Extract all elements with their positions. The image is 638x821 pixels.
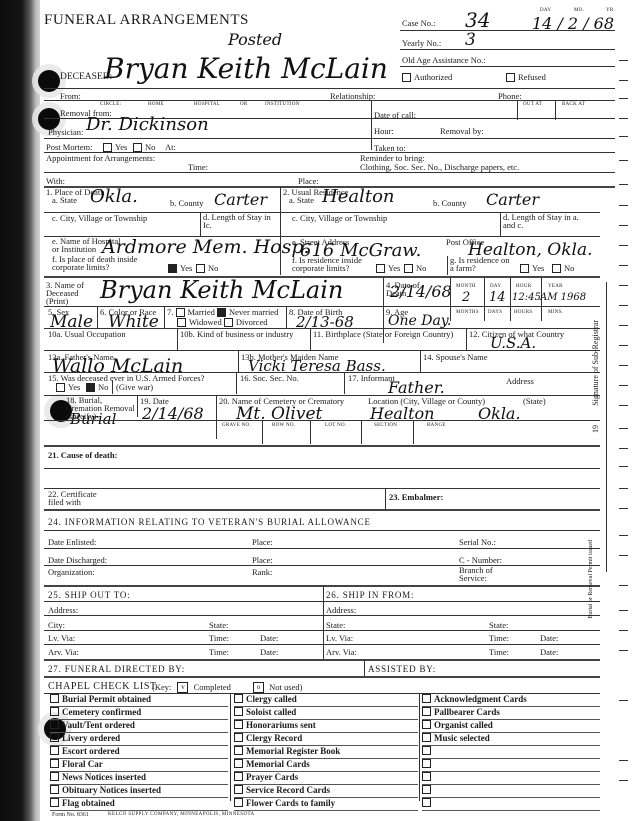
not-used-label: Not used) xyxy=(269,682,302,692)
checklist-title: CHAPEL CHECK LIST xyxy=(48,681,157,692)
checkbox-icon xyxy=(234,733,243,742)
death-city-label: c. City, Village or Township xyxy=(52,213,147,223)
case-no-label: Case No.: xyxy=(402,18,436,28)
yearly-no-value[interactable]: 3 xyxy=(465,30,476,50)
time-label: Time: xyxy=(188,162,208,172)
address-label: Address xyxy=(506,376,534,386)
checklist-item[interactable]: Clergy Record xyxy=(234,733,418,746)
checkbox-icon xyxy=(50,772,59,781)
death-county-label: b. County xyxy=(170,198,204,208)
checkbox-icon xyxy=(50,720,59,729)
funeral-directed-label: 27. FUNERAL DIRECTED BY: xyxy=(48,664,185,674)
residence-county-label: b. County xyxy=(433,198,467,208)
never-married-checkbox[interactable]: Never married xyxy=(217,307,278,317)
day-col: DAY xyxy=(490,284,501,289)
completed-key-icon: v xyxy=(177,682,188,693)
no-label: No xyxy=(208,263,218,273)
checkbox-icon xyxy=(422,694,431,703)
death-county-value[interactable]: Carter xyxy=(214,190,267,209)
checkbox-icon xyxy=(422,759,431,768)
ship-out-arv-label: Arv. Via: xyxy=(48,647,79,657)
checklist-col1: Burial Permit obtained Cemetery confirme… xyxy=(50,694,228,811)
mins-col: MINS. xyxy=(548,310,563,315)
checkbox-icon xyxy=(234,694,243,703)
ship-in-arv-date-label: Date: xyxy=(540,647,558,657)
give-war-label: (Give war) xyxy=(116,382,153,392)
checkbox-icon xyxy=(50,707,59,716)
checklist-item-blank[interactable] xyxy=(422,746,600,759)
completed-label: Completed xyxy=(194,682,231,692)
day-col-label: DAY xyxy=(540,8,551,13)
sub-registrar-label: Signature of Sub-Registrar xyxy=(591,320,600,406)
marital-status: 7. Married Never married xyxy=(167,307,278,318)
checklist-item-blank[interactable] xyxy=(422,759,600,772)
death-day-value[interactable]: 14 xyxy=(489,290,506,305)
out-at-label: OUT AT xyxy=(523,102,542,107)
no-label: No xyxy=(564,263,574,273)
death-corp-label: f. Is place of death inside corporate li… xyxy=(52,255,162,271)
no-label: No xyxy=(416,263,426,273)
authorized-label: Authorized xyxy=(414,72,452,82)
ship-out-arv-time-label: Time: xyxy=(209,647,229,657)
age-value[interactable]: One Day. xyxy=(388,313,451,329)
checkbox-icon xyxy=(103,143,112,152)
serial-no-label: Serial No.: xyxy=(459,537,496,547)
checkbox-icon xyxy=(404,264,413,273)
margin-rule xyxy=(606,282,607,572)
year-prefix: 19 xyxy=(591,425,600,433)
appointment-label: Appointment for Arrangements: xyxy=(46,153,155,163)
circle-institution[interactable]: INSTITUTION xyxy=(265,102,300,107)
checkbox-icon xyxy=(224,318,233,327)
veteran-section-title: 24. INFORMATION RELATING TO VETERAN'S BU… xyxy=(48,517,371,527)
mo-col-label: MO. xyxy=(574,8,584,13)
burial-type-value[interactable]: Burial xyxy=(70,410,116,428)
yes-label: Yes xyxy=(532,263,544,273)
marital-status-row2: Widowed Divorced xyxy=(177,317,267,328)
discharged-place-label: Place: xyxy=(252,555,273,565)
case-no-value[interactable]: 34 xyxy=(465,8,490,32)
organization-label: Organization: xyxy=(48,567,95,577)
checklist-item[interactable]: Pallbearer Cards xyxy=(422,707,600,720)
checkbox-icon xyxy=(376,264,385,273)
post-mortem-label: Post Mortem: xyxy=(46,142,93,152)
physician-label: Physician: xyxy=(48,127,83,137)
checklist-item[interactable]: Obituary Notices inserted xyxy=(50,785,228,798)
name-of-deceased-value[interactable]: Bryan Keith McLain xyxy=(100,276,343,304)
hour-label: Hour: xyxy=(374,126,394,136)
date-enlisted-label: Date Enlisted: xyxy=(48,537,96,547)
date-of-death-value[interactable]: 2/14/68 xyxy=(390,282,452,301)
ship-in-state-label: State: xyxy=(489,620,508,630)
at-label: At: xyxy=(165,142,176,152)
section-col: SECTION xyxy=(374,423,397,428)
checkbox-icon xyxy=(50,746,59,755)
checkbox-icon xyxy=(422,733,431,742)
checklist-item[interactable]: Flag obtained xyxy=(50,798,228,811)
checklist-item[interactable]: Livery ordered xyxy=(50,733,228,746)
date-discharged-label: Date Discharged: xyxy=(48,555,107,565)
death-year-value[interactable]: AM 1968 xyxy=(540,292,586,303)
ship-in-lv-time-label: Time: xyxy=(489,633,509,643)
checklist-item[interactable]: News Notices inserted xyxy=(50,772,228,785)
ship-out-title: 25. SHIP OUT TO: xyxy=(48,590,130,600)
ship-out-lv-date-label: Date: xyxy=(260,633,278,643)
assisted-by-label: ASSISTED BY: xyxy=(368,664,436,674)
c-number-label: C - Number: xyxy=(459,555,502,565)
year-col: YEAR xyxy=(548,284,563,289)
residence-corp-yes[interactable]: Yes xyxy=(376,263,400,274)
physician-value[interactable]: Dr. Dickinson xyxy=(86,114,209,135)
checklist-key: (Key: v Completed o Not used) xyxy=(152,682,302,694)
deceased-value[interactable]: Bryan Keith McLain xyxy=(104,52,388,85)
residence-city-label: c. City, Village or Township xyxy=(292,213,387,223)
checkbox-icon xyxy=(50,785,59,794)
scan-binding-edge xyxy=(0,0,40,821)
checkbox-icon xyxy=(50,798,59,807)
authorized-checkbox[interactable]: Authorized xyxy=(402,72,452,83)
checklist-item-blank[interactable] xyxy=(422,798,600,811)
death-hour-value[interactable]: 12:45 xyxy=(512,292,541,303)
yes-label: Yes xyxy=(388,263,400,273)
checkbox-icon xyxy=(133,143,142,152)
ship-out-city-label: City: xyxy=(48,620,65,630)
with-label: With: xyxy=(46,176,65,186)
months-col: MONTHS xyxy=(456,310,479,315)
checklist-item[interactable]: Service Record Cards xyxy=(234,785,418,798)
divorced-checkbox[interactable]: Divorced xyxy=(224,317,268,327)
rank-label: Rank: xyxy=(252,567,272,577)
checkbox-icon xyxy=(552,264,561,273)
ship-out-arv-date-label: Date: xyxy=(260,647,278,657)
checkbox-icon xyxy=(234,798,243,807)
enlisted-place-label: Place: xyxy=(252,537,273,547)
armed-no[interactable]: No xyxy=(86,382,108,393)
farm-yes[interactable]: Yes xyxy=(520,263,544,274)
checkbox-icon xyxy=(234,772,243,781)
checklist-col2: Clergy called Soloist called Honorariums… xyxy=(234,694,418,811)
checklist-item[interactable]: Burial Permit obtained xyxy=(50,694,228,707)
checklist-item[interactable]: Clergy called xyxy=(234,694,418,707)
checkbox-icon xyxy=(50,759,59,768)
married-checkbox[interactable]: Married xyxy=(176,307,215,317)
business-label: 10b. Kind of business or industry xyxy=(180,329,293,339)
post-mortem-yes[interactable]: Yes xyxy=(103,142,127,153)
checklist-item[interactable]: Escort ordered xyxy=(50,746,228,759)
ship-out-lv-time-label: Time: xyxy=(209,633,229,643)
form-title: FUNERAL ARRANGEMENTS xyxy=(44,12,249,29)
checked-checkbox-icon xyxy=(168,264,177,273)
checklist-item[interactable]: Floral Car xyxy=(50,759,228,772)
checkbox-icon xyxy=(234,720,243,729)
ship-out-lv-label: Lv. Via: xyxy=(48,633,75,643)
death-month-value[interactable]: 2 xyxy=(462,290,470,305)
key-label: (Key: xyxy=(152,682,171,692)
checkbox-icon xyxy=(422,707,431,716)
ship-in-title: 26. SHIP IN FROM: xyxy=(326,590,414,600)
place-label: Place: xyxy=(298,176,319,186)
checkbox-icon xyxy=(177,318,186,327)
yr-col-label: YR. xyxy=(606,8,615,13)
checklist-item[interactable]: Honorariums sent xyxy=(234,720,418,733)
checklist-item[interactable]: Memorial Register Book xyxy=(234,746,418,759)
posted-note: Posted xyxy=(228,30,282,49)
embalmer-label: 23. Embalmer: xyxy=(389,492,443,502)
reminder-items: Clothing, Soc. Sec. No., Discharge paper… xyxy=(360,163,519,172)
hours-col: HOURS xyxy=(514,310,532,315)
yearly-no-label: Yearly No.: xyxy=(402,38,441,48)
hour-col: HOUR xyxy=(516,284,531,289)
form-number: Form No. 8361 xyxy=(52,812,89,818)
post-mortem-no[interactable]: No xyxy=(133,142,155,153)
farm-label: g. Is residence on a farm? xyxy=(450,256,512,272)
checkbox-icon xyxy=(234,746,243,755)
checklist-item[interactable]: Acknowledgment Cards xyxy=(422,694,600,707)
state-label: (State) xyxy=(523,396,546,406)
checklist-item[interactable]: Soloist called xyxy=(234,707,418,720)
refused-label: Refused xyxy=(518,72,546,82)
checkbox-icon xyxy=(234,785,243,794)
ship-in-lv-date-label: Date: xyxy=(540,633,558,643)
spouse-label: 14. Spouse's Name xyxy=(423,352,488,362)
checkbox-icon xyxy=(422,772,431,781)
farm-no[interactable]: No xyxy=(552,263,574,274)
cause-of-death-label: 21. Cause of death: xyxy=(48,450,117,460)
ship-in-address-label: Address: xyxy=(326,605,356,615)
ship-out-state-label: State: xyxy=(209,620,228,630)
death-corp-yes[interactable]: Yes xyxy=(168,263,192,274)
checkbox-icon xyxy=(422,785,431,794)
checkbox-icon xyxy=(196,264,205,273)
old-age-label: Old Age Assistance No.: xyxy=(402,55,486,65)
checkbox-icon xyxy=(56,383,65,392)
ship-in-lv-label: Lv. Via: xyxy=(326,633,353,643)
circle-label: CIRCLE: xyxy=(100,102,121,107)
ship-in-city-label: State: xyxy=(326,620,345,630)
occupation-label: 10a. Usual Occupation xyxy=(48,329,126,339)
back-at-label: BACK AT xyxy=(562,102,585,107)
death-corp-no[interactable]: No xyxy=(196,263,218,274)
checkbox-icon xyxy=(234,759,243,768)
circle-or: OR xyxy=(240,102,248,107)
checkbox-icon xyxy=(402,73,411,82)
residence-stay-label: d. Length of Stay in a. and c. xyxy=(503,213,593,229)
removal-by-label: Removal by: xyxy=(440,126,484,136)
branch-label: Branch of Service: xyxy=(459,566,504,582)
residence-state-value[interactable]: Healton xyxy=(322,186,395,207)
checklist-item[interactable]: Organist called xyxy=(422,720,600,733)
armed-yes[interactable]: Yes xyxy=(56,382,80,393)
yes-label: Yes xyxy=(115,142,127,152)
circle-home[interactable]: HOME xyxy=(148,102,164,107)
widowed-checkbox[interactable]: Widowed xyxy=(177,317,222,327)
marital-label: 7. xyxy=(167,307,173,317)
death-stay-label: d. Length of Stay in Ic. xyxy=(203,213,278,229)
checked-checkbox-icon xyxy=(86,383,95,392)
not-used-key-icon: o xyxy=(253,682,264,693)
checkbox-icon xyxy=(422,798,431,807)
checkbox-icon xyxy=(506,73,515,82)
checklist-item[interactable]: Flower Cards to family xyxy=(234,798,418,811)
publisher: KELCO SUPPLY COMPANY, MINNEAPOLIS, MINNE… xyxy=(108,812,255,817)
days-col: DAYS xyxy=(488,310,502,315)
checklist-item[interactable]: Memorial Cards xyxy=(234,759,418,772)
ship-in-arv-time-label: Time: xyxy=(489,647,509,657)
checkbox-icon xyxy=(176,308,185,317)
permit-issued-label: Burial or Removal Permit issued xyxy=(588,540,616,619)
checklist-item[interactable]: Vault/Tent ordered xyxy=(50,720,228,733)
lot-no-col: LOT NO. xyxy=(325,423,346,428)
reminder-block: Reminder to bring:Clothing, Soc. Sec. No… xyxy=(360,154,519,172)
yes-label: Yes xyxy=(180,263,192,273)
residence-county-value[interactable]: Carter xyxy=(486,190,539,209)
certificate-label: 22. Certificate filed with xyxy=(48,490,108,506)
death-state-value[interactable]: Okla. xyxy=(90,186,138,207)
range-col: RANGE xyxy=(427,423,446,428)
month-col: MONTH xyxy=(456,284,476,289)
name-of-deceased-label: 3. Name of Deceased (Print) xyxy=(46,281,86,305)
ship-out-address-label: Address: xyxy=(48,605,78,615)
ship-in-arv-label: Arv. Via: xyxy=(326,647,357,657)
grave-no-col: GRAVE NO. xyxy=(222,423,251,428)
refused-checkbox[interactable]: Refused xyxy=(506,72,546,83)
row-no-col: ROW NO. xyxy=(272,423,295,428)
checkbox-icon xyxy=(50,694,59,703)
checklist-item-blank[interactable] xyxy=(422,772,600,785)
circle-hospital[interactable]: HOSPITAL xyxy=(194,102,220,107)
checkbox-icon xyxy=(422,720,431,729)
residence-corp-no[interactable]: No xyxy=(404,263,426,274)
checklist-col3: Acknowledgment Cards Pallbearer Cards Or… xyxy=(422,694,600,811)
checklist-item[interactable]: Music selected xyxy=(422,733,600,746)
birthplace-label: 11. Birthplace (State or Foreign Country… xyxy=(313,329,453,339)
no-label: No xyxy=(145,142,155,152)
checked-checkbox-icon xyxy=(217,308,226,317)
checkbox-icon xyxy=(520,264,529,273)
residence-corp-label: f. Is residence inside corporate limits? xyxy=(292,256,374,272)
checkbox-icon xyxy=(422,746,431,755)
checklist-item[interactable]: Cemetery confirmed xyxy=(50,707,228,720)
checklist-item[interactable]: Prayer Cards xyxy=(234,772,418,785)
checkbox-icon xyxy=(234,707,243,716)
checkbox-icon xyxy=(50,733,59,742)
ssn-label: 16. Soc. Sec. No. xyxy=(240,373,299,383)
checklist-item-blank[interactable] xyxy=(422,785,600,798)
